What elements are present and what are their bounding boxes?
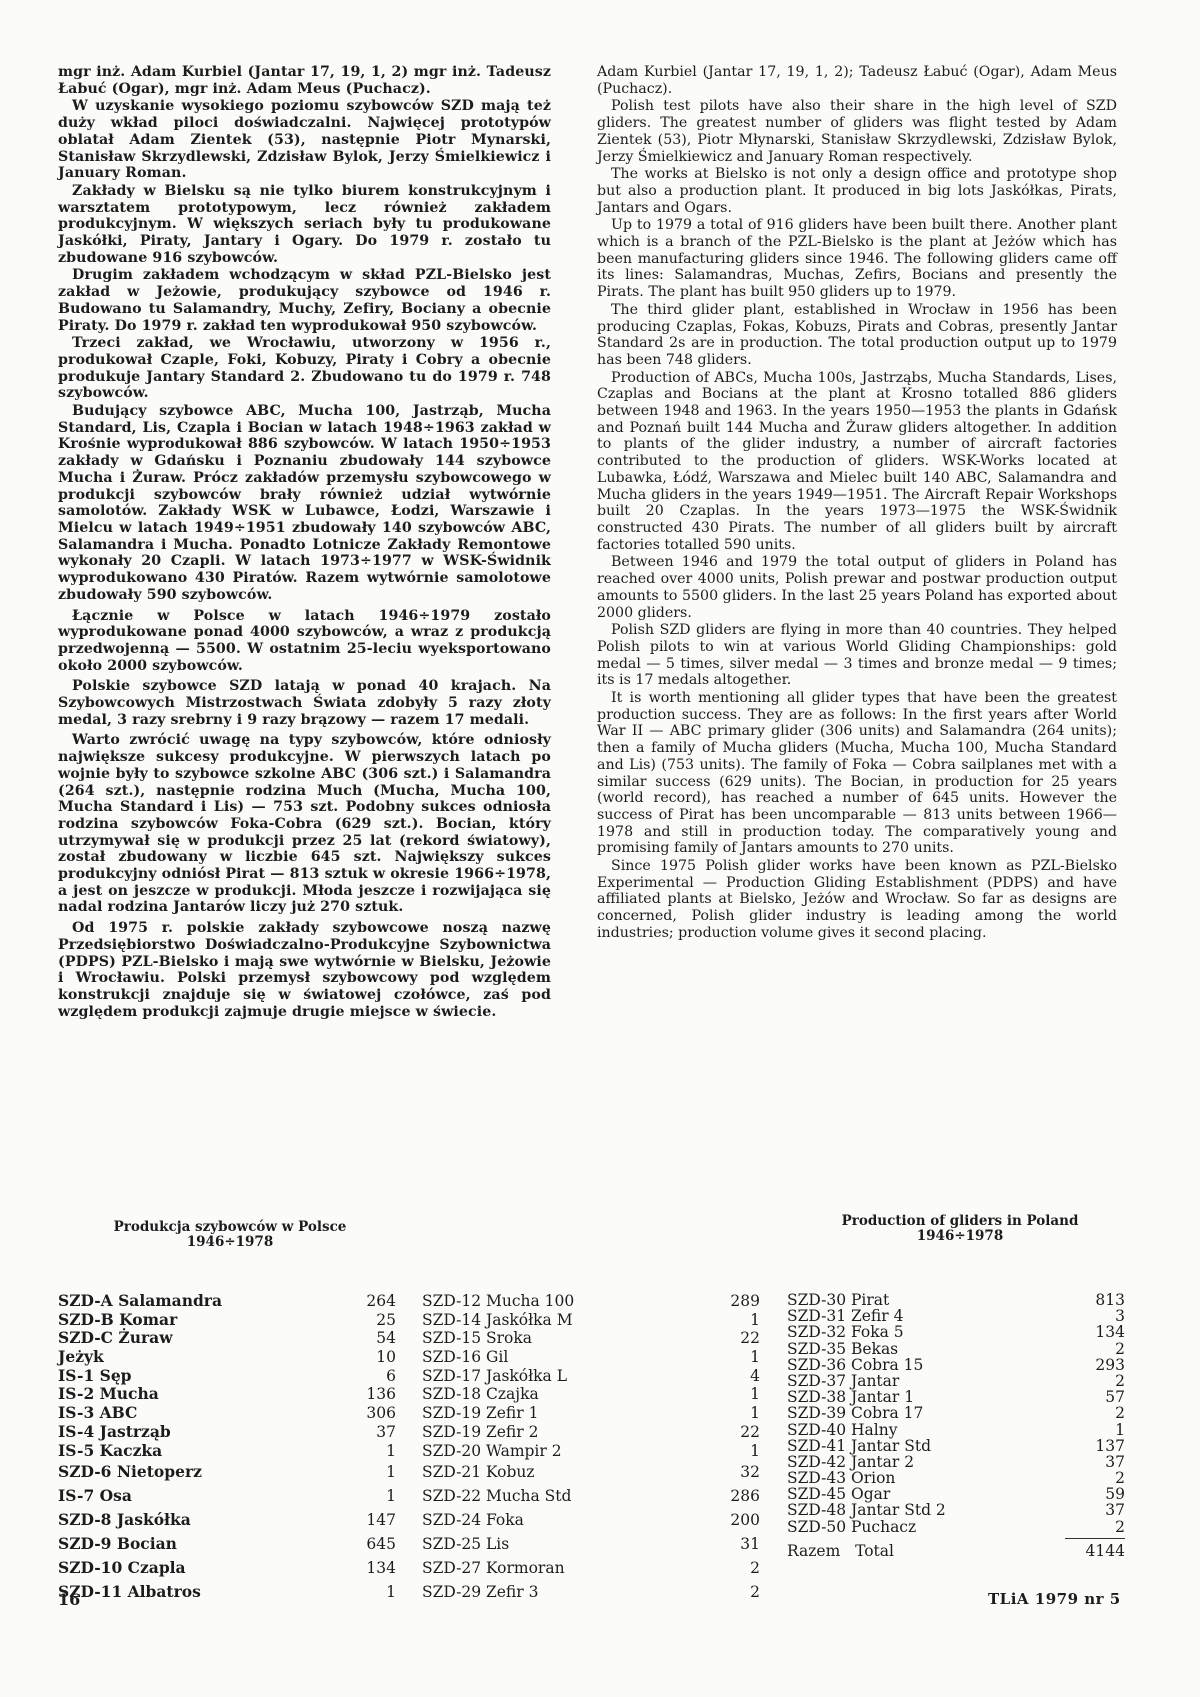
glider-name: SZD-35 Bekas <box>787 1341 898 1357</box>
paragraph: mgr inż. Adam Kurbiel (Jantar 17, 19, 1,… <box>58 64 551 97</box>
glider-name: SZD-19 Zefir 1 <box>422 1404 538 1423</box>
glider-count: 2 <box>1085 1470 1125 1486</box>
glider-name: SZD-50 Puchacz <box>787 1519 916 1535</box>
glider-count: 306 <box>356 1404 396 1423</box>
table-row: IS-5 Kaczka1 <box>58 1442 396 1461</box>
table-row: SZD-41 Jantar Std137 <box>787 1438 1125 1454</box>
glider-name: SZD-41 Jantar Std <box>787 1438 931 1454</box>
paragraph: W uzyskanie wysokiego poziomu szybowców … <box>58 98 551 182</box>
glider-count: 813 <box>1085 1292 1125 1308</box>
paragraph: Between 1946 and 1979 the total output o… <box>597 554 1117 621</box>
glider-name: SZD-40 Halny <box>787 1422 897 1438</box>
paragraph: It is worth mentioning all glider types … <box>597 690 1117 857</box>
table-row: SZD-18 Czajka1 <box>422 1385 760 1404</box>
total-label: Razem Total <box>787 1541 894 1561</box>
table-row: IS-2 Mucha136 <box>58 1385 396 1404</box>
production-table-column-3: SZD-30 Pirat813SZD-31 Zefir 43SZD-32 Fok… <box>787 1292 1125 1561</box>
glider-count: 1 <box>720 1442 760 1461</box>
polish-article-column: mgr inż. Adam Kurbiel (Jantar 17, 19, 1,… <box>58 64 551 1021</box>
table-row: SZD-39 Cobra 172 <box>787 1405 1125 1421</box>
glider-count: 37 <box>1085 1502 1125 1518</box>
glider-name: IS-4 Jastrząb <box>58 1423 171 1442</box>
glider-name: SZD-39 Cobra 17 <box>787 1405 923 1421</box>
table-row: SZD-21 Kobuz32 <box>422 1460 760 1484</box>
glider-name: SZD-A Salamandra <box>58 1292 222 1311</box>
table-row: SZD-11 Albatros1 <box>58 1580 396 1604</box>
table-row: SZD-6 Nietoperz1 <box>58 1460 396 1484</box>
paragraph: Polish SZD gliders are flying in more th… <box>597 622 1117 689</box>
paragraph: Budujący szybowce ABC, Mucha 100, Jastrz… <box>58 403 551 603</box>
table-row: SZD-8 Jaskółka147 <box>58 1508 396 1532</box>
paragraph: Łącznie w Polsce w latach 1946÷1979 zost… <box>58 608 551 675</box>
table-row: SZD-32 Foka 5134 <box>787 1324 1125 1340</box>
glider-name: SZD-48 Jantar Std 2 <box>787 1502 946 1518</box>
glider-count: 3 <box>1085 1308 1125 1324</box>
table-row: SZD-9 Bocian645 <box>58 1532 396 1556</box>
glider-name: SZD-9 Bocian <box>58 1532 177 1556</box>
total-row: Razem Total4144 <box>787 1541 1125 1561</box>
table-row: IS-7 Osa1 <box>58 1484 396 1508</box>
glider-count: 134 <box>356 1556 396 1580</box>
total-divider <box>1065 1538 1125 1539</box>
glider-count: 1 <box>1085 1422 1125 1438</box>
glider-count: 137 <box>1085 1438 1125 1454</box>
table-row: SZD-19 Zefir 11 <box>422 1404 760 1423</box>
table-row: IS-3 ABC306 <box>58 1404 396 1423</box>
glider-name: SZD-21 Kobuz <box>422 1460 535 1484</box>
table-row: SZD-17 Jaskółka L4 <box>422 1367 760 1386</box>
page-number: 16 <box>58 1590 80 1609</box>
paragraph: The third glider plant, established in W… <box>597 302 1117 369</box>
table-row: SZD-10 Czapla134 <box>58 1556 396 1580</box>
glider-name: Jeżyk <box>58 1348 104 1367</box>
glider-count: 31 <box>720 1532 760 1556</box>
glider-count: 22 <box>720 1329 760 1348</box>
glider-count: 134 <box>1085 1324 1125 1340</box>
production-table-column-2: SZD-12 Mucha 100289SZD-14 Jaskółka M1SZD… <box>422 1292 760 1604</box>
publication-issue: TLiA 1979 nr 5 <box>988 1590 1121 1608</box>
table-row: SZD-40 Halny1 <box>787 1422 1125 1438</box>
glider-name: SZD-42 Jantar 2 <box>787 1454 914 1470</box>
glider-name: SZD-25 Lis <box>422 1532 509 1556</box>
glider-count: 6 <box>356 1367 396 1386</box>
glider-name: SZD-14 Jaskółka M <box>422 1311 573 1330</box>
paragraph: Drugim zakładem wchodzącym w skład PZL-B… <box>58 267 551 334</box>
glider-count: 32 <box>720 1460 760 1484</box>
paragraph: The works at Bielsko is not only a desig… <box>597 166 1117 216</box>
glider-count: 2 <box>1085 1373 1125 1389</box>
glider-name: SZD-10 Czapla <box>58 1556 186 1580</box>
glider-name: IS-2 Mucha <box>58 1385 159 1404</box>
table-row: SZD-19 Zefir 222 <box>422 1423 760 1442</box>
glider-name: IS-5 Kaczka <box>58 1442 162 1461</box>
glider-name: SZD-15 Sroka <box>422 1329 532 1348</box>
glider-count: 1 <box>356 1580 396 1604</box>
paragraph: Trzeci zakład, we Wrocławiu, utworzony w… <box>58 335 551 402</box>
table-row: SZD-14 Jaskółka M1 <box>422 1311 760 1330</box>
table-row: SZD-A Salamandra264 <box>58 1292 396 1311</box>
paragraph: Warto zwrócić uwagę na typy szybowców, k… <box>58 732 551 916</box>
glider-count: 2 <box>1085 1341 1125 1357</box>
glider-count: 2 <box>720 1556 760 1580</box>
glider-count: 37 <box>1085 1454 1125 1470</box>
table-period: 1946÷1978 <box>80 1235 380 1250</box>
glider-count: 25 <box>356 1311 396 1330</box>
table-row: SZD-50 Puchacz2 <box>787 1519 1125 1535</box>
glider-name: SZD-38 Jantar 1 <box>787 1389 914 1405</box>
glider-count: 264 <box>356 1292 396 1311</box>
glider-count: 1 <box>356 1460 396 1484</box>
table-title-text: Produkcja szybowców w Polsce <box>80 1220 380 1235</box>
table-period: 1946÷1978 <box>790 1229 1130 1244</box>
glider-count: 289 <box>720 1292 760 1311</box>
glider-count: 200 <box>720 1508 760 1532</box>
glider-name: IS-7 Osa <box>58 1484 132 1508</box>
glider-count: 4 <box>720 1367 760 1386</box>
table-row: IS-4 Jastrząb37 <box>58 1423 396 1442</box>
glider-name: SZD-8 Jaskółka <box>58 1508 191 1532</box>
table-row: SZD-37 Jantar2 <box>787 1373 1125 1389</box>
glider-count: 136 <box>356 1385 396 1404</box>
glider-count: 57 <box>1085 1389 1125 1405</box>
glider-name: SZD-29 Zefir 3 <box>422 1580 538 1604</box>
production-table-column-1: SZD-A Salamandra264SZD-B Komar25SZD-C Żu… <box>58 1292 396 1604</box>
glider-count: 1 <box>356 1442 396 1461</box>
glider-name: SZD-16 Gil <box>422 1348 508 1367</box>
table-title-text: Production of gliders in Poland <box>790 1214 1130 1229</box>
glider-count: 1 <box>720 1404 760 1423</box>
table-row: SZD-30 Pirat813 <box>787 1292 1125 1308</box>
table-row: SZD-12 Mucha 100289 <box>422 1292 760 1311</box>
glider-name: SZD-22 Mucha Std <box>422 1484 571 1508</box>
table-row: SZD-48 Jantar Std 237 <box>787 1502 1125 1518</box>
table-row: SZD-36 Cobra 15293 <box>787 1357 1125 1373</box>
glider-count: 147 <box>356 1508 396 1532</box>
table-row: SZD-24 Foka200 <box>422 1508 760 1532</box>
glider-name: SZD-36 Cobra 15 <box>787 1357 923 1373</box>
glider-name: SZD-19 Zefir 2 <box>422 1423 538 1442</box>
glider-count: 645 <box>356 1532 396 1556</box>
table-title-english: Production of gliders in Poland 1946÷197… <box>790 1214 1130 1244</box>
table-row: IS-1 Sęp6 <box>58 1367 396 1386</box>
glider-count: 1 <box>720 1385 760 1404</box>
glider-count: 286 <box>720 1484 760 1508</box>
glider-count: 1 <box>720 1348 760 1367</box>
glider-count: 2 <box>1085 1405 1125 1421</box>
glider-name: SZD-12 Mucha 100 <box>422 1292 574 1311</box>
table-title-polish: Produkcja szybowców w Polsce 1946÷1978 <box>80 1220 380 1250</box>
glider-count: 10 <box>356 1348 396 1367</box>
table-row: SZD-35 Bekas2 <box>787 1341 1125 1357</box>
glider-count: 293 <box>1085 1357 1125 1373</box>
glider-name: SZD-27 Kormoran <box>422 1556 565 1580</box>
paragraph: Zakłady w Bielsku są nie tylko biurem ko… <box>58 183 551 267</box>
table-row: SZD-15 Sroka22 <box>422 1329 760 1348</box>
table-row: SZD-29 Zefir 32 <box>422 1580 760 1604</box>
glider-count: 1 <box>720 1311 760 1330</box>
glider-name: SZD-6 Nietoperz <box>58 1460 202 1484</box>
glider-count: 2 <box>1085 1519 1125 1535</box>
table-row: SZD-42 Jantar 237 <box>787 1454 1125 1470</box>
table-row: SZD-20 Wampir 21 <box>422 1442 760 1461</box>
table-row: SZD-B Komar25 <box>58 1311 396 1330</box>
paragraph: Since 1975 Polish glider works have been… <box>597 858 1117 942</box>
english-article-column: Adam Kurbiel (Jantar 17, 19, 1, 2); Tade… <box>597 64 1117 943</box>
glider-name: SZD-18 Czajka <box>422 1385 539 1404</box>
paragraph: Od 1975 r. polskie zakłady szybowcowe no… <box>58 920 551 1020</box>
glider-count: 2 <box>720 1580 760 1604</box>
paragraph: Production of ABCs, Mucha 100s, Jastrząb… <box>597 370 1117 554</box>
table-row: SZD-27 Kormoran2 <box>422 1556 760 1580</box>
glider-count: 1 <box>356 1484 396 1508</box>
glider-name: SZD-30 Pirat <box>787 1292 889 1308</box>
table-row: SZD-25 Lis31 <box>422 1532 760 1556</box>
table-row: SZD-31 Zefir 43 <box>787 1308 1125 1324</box>
glider-name: SZD-C Żuraw <box>58 1329 173 1348</box>
glider-count: 59 <box>1085 1486 1125 1502</box>
glider-name: SZD-31 Zefir 4 <box>787 1308 903 1324</box>
glider-name: SZD-20 Wampir 2 <box>422 1442 562 1461</box>
glider-name: SZD-17 Jaskółka L <box>422 1367 567 1386</box>
glider-name: SZD-37 Jantar <box>787 1373 899 1389</box>
paragraph: Polskie szybowce SZD latają w ponad 40 k… <box>58 678 551 728</box>
glider-name: IS-1 Sęp <box>58 1367 132 1386</box>
paragraph: Polish test pilots have also their share… <box>597 98 1117 165</box>
table-row: SZD-38 Jantar 157 <box>787 1389 1125 1405</box>
table-row: SZD-45 Ogar59 <box>787 1486 1125 1502</box>
glider-count: 54 <box>356 1329 396 1348</box>
glider-name: SZD-24 Foka <box>422 1508 524 1532</box>
table-row: SZD-43 Orion2 <box>787 1470 1125 1486</box>
glider-name: SZD-43 Orion <box>787 1470 895 1486</box>
glider-count: 22 <box>720 1423 760 1442</box>
glider-name: SZD-32 Foka 5 <box>787 1324 904 1340</box>
table-row: SZD-22 Mucha Std286 <box>422 1484 760 1508</box>
table-row: SZD-16 Gil1 <box>422 1348 760 1367</box>
glider-name: SZD-45 Ogar <box>787 1486 890 1502</box>
glider-count: 37 <box>356 1423 396 1442</box>
glider-name: SZD-B Komar <box>58 1311 177 1330</box>
total-value: 4144 <box>1085 1541 1125 1561</box>
table-row: SZD-C Żuraw54 <box>58 1329 396 1348</box>
paragraph: Adam Kurbiel (Jantar 17, 19, 1, 2); Tade… <box>597 64 1117 97</box>
glider-name: IS-3 ABC <box>58 1404 137 1423</box>
table-row: Jeżyk10 <box>58 1348 396 1367</box>
paragraph: Up to 1979 a total of 916 gliders have b… <box>597 217 1117 301</box>
